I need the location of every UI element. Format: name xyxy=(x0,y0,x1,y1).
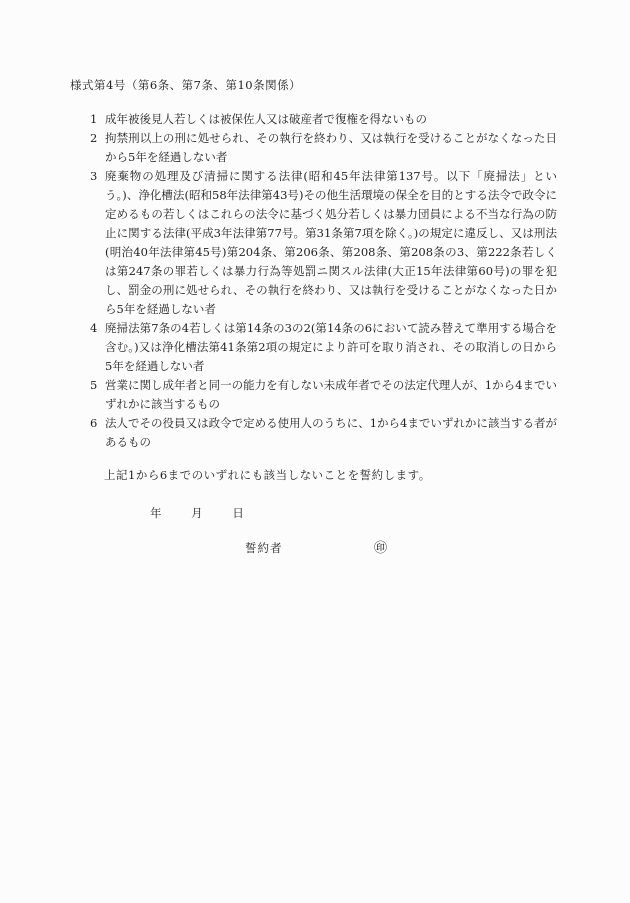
item-text: 拘禁刑以上の刑に処せられ、その執行を終わり、又は執行を受けることがなくなった日か… xyxy=(105,129,557,167)
item-text: 営業に関し成年者と同一の能力を有しない未成年者でその法定代理人が、1から4までい… xyxy=(105,376,557,414)
year-label: 年 xyxy=(150,506,162,520)
day-label: 日 xyxy=(232,506,244,520)
list-item: 6 法人でその役員又は政令で定める使用人のうちに、1から4までいずれかに該当する… xyxy=(90,414,557,452)
list-item: 3 廃棄物の処理及び清掃に関する法律(昭和45年法律第137号。以下「廃掃法」と… xyxy=(90,167,557,319)
list-item: 2 拘禁刑以上の刑に処せられ、その執行を終わり、又は執行を受けることがなくなった… xyxy=(90,129,557,167)
item-number: 2 xyxy=(90,129,105,167)
item-text: 廃棄物の処理及び清掃に関する法律(昭和45年法律第137号。以下「廃掃法」という… xyxy=(105,167,557,319)
list-item: 4 廃掃法第7条の4若しくは第14条の3の2(第14条の6において読み替えて準用… xyxy=(90,319,557,376)
item-text: 廃掃法第7条の4若しくは第14条の3の2(第14条の6において読み替えて準用する… xyxy=(105,319,557,376)
form-title: 様式第4号（第6条、第7条、第10条関係） xyxy=(70,76,301,95)
month-label: 月 xyxy=(191,506,203,520)
item-number: 4 xyxy=(90,319,105,376)
signature-line: 誓約者 ㊞ xyxy=(0,539,630,559)
conditions-list: 1 成年被後見人若しくは被保佐人又は破産者で復権を得ないもの 2 拘禁刑以上の刑… xyxy=(90,110,557,452)
item-text: 法人でその役員又は政令で定める使用人のうちに、1から4までいずれかに該当する者が… xyxy=(105,414,557,452)
item-number: 6 xyxy=(90,414,105,452)
item-number: 3 xyxy=(90,167,105,319)
signer-label: 誓約者 xyxy=(245,539,283,558)
document-page: 様式第4号（第6条、第7条、第10条関係） 1 成年被後見人若しくは被保佐人又は… xyxy=(0,0,630,903)
item-text: 成年被後見人若しくは被保佐人又は破産者で復権を得ないもの xyxy=(105,110,557,129)
item-number: 5 xyxy=(90,376,105,414)
pledge-statement: 上記1から6までのいずれにも該当しないことを誓約します。 xyxy=(104,466,431,485)
list-item: 5 営業に関し成年者と同一の能力を有しない未成年者でその法定代理人が、1から4ま… xyxy=(90,376,557,414)
list-item: 1 成年被後見人若しくは被保佐人又は破産者で復権を得ないもの xyxy=(90,110,557,129)
item-number: 1 xyxy=(90,110,105,129)
date-line: 年 月 日 xyxy=(150,504,244,523)
seal-mark: ㊞ xyxy=(374,539,387,558)
